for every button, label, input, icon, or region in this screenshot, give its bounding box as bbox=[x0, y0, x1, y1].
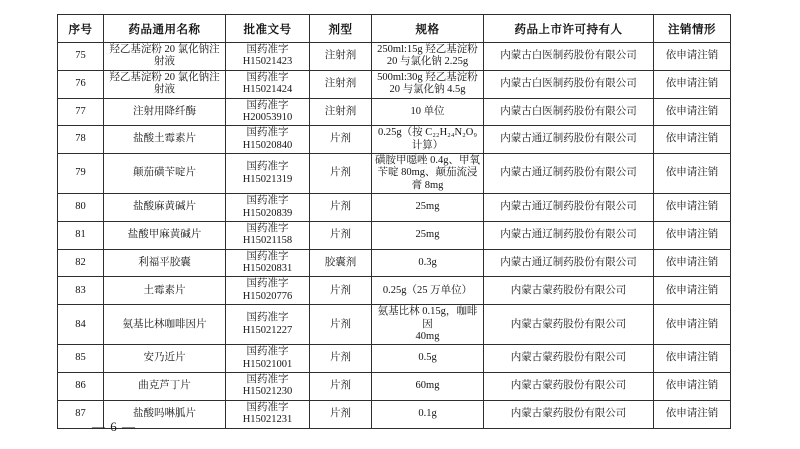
cell-serial-number: 85 bbox=[58, 345, 104, 373]
cell-specification: 0.1g bbox=[372, 400, 484, 428]
cell-drug-name: 氨基比林咖啡因片 bbox=[104, 305, 226, 345]
header-specification: 规格 bbox=[372, 15, 484, 43]
cell-license-holder: 内蒙古通辽制药股份有限公司 bbox=[484, 194, 654, 222]
cell-license-holder: 内蒙古通辽制药股份有限公司 bbox=[484, 154, 654, 194]
cell-dosage-form: 片剂 bbox=[310, 221, 372, 249]
cell-drug-name: 盐酸甲麻黄碱片 bbox=[104, 221, 226, 249]
cell-specification: 0.3g bbox=[372, 249, 484, 277]
cell-dosage-form: 片剂 bbox=[310, 373, 372, 401]
cell-cancellation-type: 依申请注销 bbox=[654, 126, 731, 154]
table-row: 87 盐酸吗啉胍片 国药准字 H15021231 片剂 0.1g 内蒙古蒙药股份… bbox=[58, 400, 731, 428]
cell-approval-number: 国药准字 H15021001 bbox=[226, 345, 310, 373]
cell-serial-number: 84 bbox=[58, 305, 104, 345]
cell-license-holder: 内蒙古通辽制药股份有限公司 bbox=[484, 249, 654, 277]
cell-serial-number: 79 bbox=[58, 154, 104, 194]
cell-drug-name: 盐酸麻黄碱片 bbox=[104, 194, 226, 222]
header-approval-number: 批准文号 bbox=[226, 15, 310, 43]
cell-drug-name: 土霉素片 bbox=[104, 277, 226, 305]
cell-cancellation-type: 依申请注销 bbox=[654, 70, 731, 98]
header-serial-number: 序号 bbox=[58, 15, 104, 43]
table-row: 85 安乃近片 国药准字 H15021001 片剂 0.5g 内蒙古蒙药股份有限… bbox=[58, 345, 731, 373]
cell-dosage-form: 片剂 bbox=[310, 154, 372, 194]
cell-specification: 25mg bbox=[372, 194, 484, 222]
header-dosage-form: 剂型 bbox=[310, 15, 372, 43]
cell-approval-number: 国药准字 H15021424 bbox=[226, 70, 310, 98]
cell-approval-number: 国药准字 H15021158 bbox=[226, 221, 310, 249]
cell-drug-name: 曲克芦丁片 bbox=[104, 373, 226, 401]
cell-drug-name: 羟乙基淀粉 20 氯化钠注 射液 bbox=[104, 70, 226, 98]
cell-serial-number: 76 bbox=[58, 70, 104, 98]
cell-serial-number: 86 bbox=[58, 373, 104, 401]
cell-specification: 250ml:15g 羟乙基淀粉 20 与氯化钠 2.25g bbox=[372, 43, 484, 71]
table-row: 79 颠茄磺苄啶片 国药准字 H15021319 片剂 磺胺甲噁唑 0.4g、甲… bbox=[58, 154, 731, 194]
cell-specification: 0.5g bbox=[372, 345, 484, 373]
cell-dosage-form: 注射剂 bbox=[310, 70, 372, 98]
cell-approval-number: 国药准字 H15020840 bbox=[226, 126, 310, 154]
cell-cancellation-type: 依申请注销 bbox=[654, 305, 731, 345]
cell-approval-number: 国药准字 H15021231 bbox=[226, 400, 310, 428]
table-row: 78 盐酸土霉素片 国药准字 H15020840 片剂 0.25g（按 C₂₂H… bbox=[58, 126, 731, 154]
cell-serial-number: 80 bbox=[58, 194, 104, 222]
cell-serial-number: 83 bbox=[58, 277, 104, 305]
cell-cancellation-type: 依申请注销 bbox=[654, 373, 731, 401]
cell-dosage-form: 注射剂 bbox=[310, 43, 372, 71]
cell-approval-number: 国药准字 H15020839 bbox=[226, 194, 310, 222]
cell-license-holder: 内蒙古蒙药股份有限公司 bbox=[484, 345, 654, 373]
cell-approval-number: 国药准字 H15021227 bbox=[226, 305, 310, 345]
cell-dosage-form: 片剂 bbox=[310, 345, 372, 373]
cell-license-holder: 内蒙古通辽制药股份有限公司 bbox=[484, 221, 654, 249]
cell-drug-name: 盐酸土霉素片 bbox=[104, 126, 226, 154]
cell-serial-number: 78 bbox=[58, 126, 104, 154]
cell-dosage-form: 片剂 bbox=[310, 194, 372, 222]
cell-dosage-form: 片剂 bbox=[310, 126, 372, 154]
cell-specification: 氨基比林 0.15g，咖啡因 40mg bbox=[372, 305, 484, 345]
table-row: 77 注射用降纤酶 国药准字 H20053910 注射剂 10 单位 内蒙古白医… bbox=[58, 98, 731, 126]
cell-license-holder: 内蒙古蒙药股份有限公司 bbox=[484, 373, 654, 401]
cell-specification: 10 单位 bbox=[372, 98, 484, 126]
cell-specification: 磺胺甲噁唑 0.4g、甲氧 苄啶 80mg、颠茄流浸 膏 8mg bbox=[372, 154, 484, 194]
header-cancellation-type: 注销情形 bbox=[654, 15, 731, 43]
cell-approval-number: 国药准字 H15021319 bbox=[226, 154, 310, 194]
table-row: 81 盐酸甲麻黄碱片 国药准字 H15021158 片剂 25mg 内蒙古通辽制… bbox=[58, 221, 731, 249]
table-row: 75 羟乙基淀粉 20 氯化钠注 射液 国药准字 H15021423 注射剂 2… bbox=[58, 43, 731, 71]
page-number: — 6 — bbox=[92, 419, 136, 435]
cell-license-holder: 内蒙古蒙药股份有限公司 bbox=[484, 400, 654, 428]
cell-cancellation-type: 依申请注销 bbox=[654, 154, 731, 194]
table-row: 80 盐酸麻黄碱片 国药准字 H15020839 片剂 25mg 内蒙古通辽制药… bbox=[58, 194, 731, 222]
cell-license-holder: 内蒙古蒙药股份有限公司 bbox=[484, 305, 654, 345]
cell-approval-number: 国药准字 H15020776 bbox=[226, 277, 310, 305]
cell-license-holder: 内蒙古白医制药股份有限公司 bbox=[484, 70, 654, 98]
cell-specification: 500ml:30g 羟乙基淀粉 20 与氯化钠 4.5g bbox=[372, 70, 484, 98]
table-row: 84 氨基比林咖啡因片 国药准字 H15021227 片剂 氨基比林 0.15g… bbox=[58, 305, 731, 345]
cell-cancellation-type: 依申请注销 bbox=[654, 345, 731, 373]
table-row: 76 羟乙基淀粉 20 氯化钠注 射液 国药准字 H15021424 注射剂 5… bbox=[58, 70, 731, 98]
cell-specification: 0.25g（25 万单位） bbox=[372, 277, 484, 305]
cell-serial-number: 82 bbox=[58, 249, 104, 277]
cell-license-holder: 内蒙古通辽制药股份有限公司 bbox=[484, 126, 654, 154]
cell-specification: 25mg bbox=[372, 221, 484, 249]
cell-license-holder: 内蒙古白医制药股份有限公司 bbox=[484, 43, 654, 71]
table-row: 83 土霉素片 国药准字 H15020776 片剂 0.25g（25 万单位） … bbox=[58, 277, 731, 305]
cell-cancellation-type: 依申请注销 bbox=[654, 43, 731, 71]
cell-approval-number: 国药准字 H15021230 bbox=[226, 373, 310, 401]
table-header-row: 序号 药品通用名称 批准文号 剂型 规格 药品上市许可持有人 注销情形 bbox=[58, 15, 731, 43]
cell-dosage-form: 片剂 bbox=[310, 400, 372, 428]
cell-cancellation-type: 依申请注销 bbox=[654, 400, 731, 428]
cell-drug-name: 利福平胶囊 bbox=[104, 249, 226, 277]
document-page: { "page": { "footer_page_number": "— 6 —… bbox=[0, 0, 800, 449]
header-drug-name: 药品通用名称 bbox=[104, 15, 226, 43]
cell-dosage-form: 片剂 bbox=[310, 277, 372, 305]
cell-serial-number: 81 bbox=[58, 221, 104, 249]
table-row: 82 利福平胶囊 国药准字 H15020831 胶囊剂 0.3g 内蒙古通辽制药… bbox=[58, 249, 731, 277]
table-row: 86 曲克芦丁片 国药准字 H15021230 片剂 60mg 内蒙古蒙药股份有… bbox=[58, 373, 731, 401]
header-license-holder: 药品上市许可持有人 bbox=[484, 15, 654, 43]
cell-drug-name: 颠茄磺苄啶片 bbox=[104, 154, 226, 194]
cell-serial-number: 75 bbox=[58, 43, 104, 71]
cell-cancellation-type: 依申请注销 bbox=[654, 249, 731, 277]
cell-cancellation-type: 依申请注销 bbox=[654, 221, 731, 249]
cell-approval-number: 国药准字 H15021423 bbox=[226, 43, 310, 71]
cell-cancellation-type: 依申请注销 bbox=[654, 277, 731, 305]
cell-drug-name: 注射用降纤酶 bbox=[104, 98, 226, 126]
drug-registration-cancellation-table: 序号 药品通用名称 批准文号 剂型 规格 药品上市许可持有人 注销情形 75 羟… bbox=[57, 14, 731, 429]
cell-specification: 0.25g（按 C₂₂H₂₄N₂O₉ 计算） bbox=[372, 126, 484, 154]
cell-drug-name: 羟乙基淀粉 20 氯化钠注 射液 bbox=[104, 43, 226, 71]
cell-license-holder: 内蒙古白医制药股份有限公司 bbox=[484, 98, 654, 126]
cell-specification: 60mg bbox=[372, 373, 484, 401]
cell-serial-number: 77 bbox=[58, 98, 104, 126]
cell-approval-number: 国药准字 H20053910 bbox=[226, 98, 310, 126]
cell-dosage-form: 片剂 bbox=[310, 305, 372, 345]
cell-cancellation-type: 依申请注销 bbox=[654, 98, 731, 126]
cell-approval-number: 国药准字 H15020831 bbox=[226, 249, 310, 277]
cell-cancellation-type: 依申请注销 bbox=[654, 194, 731, 222]
cell-dosage-form: 注射剂 bbox=[310, 98, 372, 126]
cell-drug-name: 安乃近片 bbox=[104, 345, 226, 373]
cell-dosage-form: 胶囊剂 bbox=[310, 249, 372, 277]
cell-license-holder: 内蒙古蒙药股份有限公司 bbox=[484, 277, 654, 305]
